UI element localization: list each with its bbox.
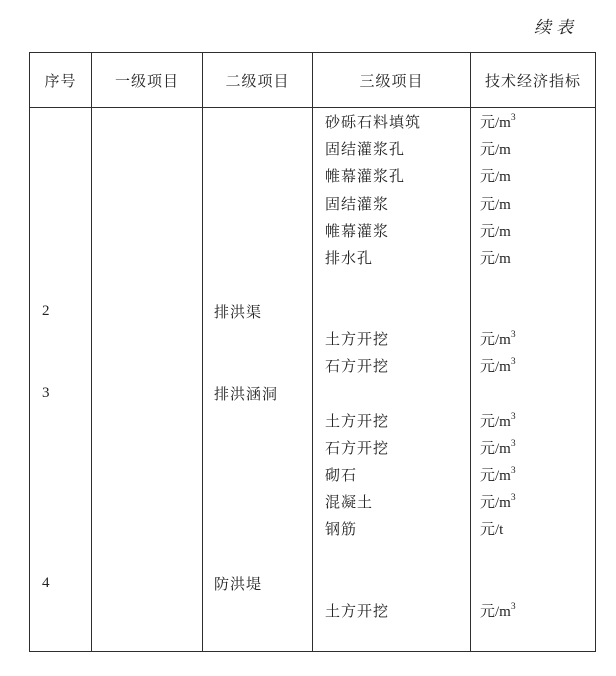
unit-base: 元/m: [480, 464, 511, 485]
level3-cell: 土方开挖: [313, 325, 471, 352]
level2-cell: [203, 434, 313, 461]
level3-cell: 帷幕灌浆孔: [313, 162, 471, 189]
level3-cell: [313, 380, 471, 407]
level2-cell: [203, 597, 313, 624]
level1-cell: [92, 488, 203, 515]
indicator-cell: 元/m: [471, 189, 595, 216]
indicator-cell: 元/m3: [471, 407, 595, 434]
table-row: 石方开挖元/m3: [30, 434, 595, 461]
seq-cell: [30, 597, 92, 624]
level3-cell: [313, 271, 471, 298]
table-row: 固结灌浆孔元/m: [30, 135, 595, 162]
unit-base: 元/m: [480, 247, 511, 268]
level1-cell: [92, 624, 203, 651]
level2-cell: [203, 189, 313, 216]
level1-cell: [92, 271, 203, 298]
level1-cell: [92, 543, 203, 570]
level1-cell: [92, 380, 203, 407]
header-indicator: 技术经济指标: [471, 53, 595, 107]
seq-cell: [30, 108, 92, 135]
seq-cell: [30, 434, 92, 461]
unit-base: 元/m: [480, 193, 511, 214]
level3-cell: [313, 298, 471, 325]
level1-cell: [92, 515, 203, 542]
level2-cell: [203, 325, 313, 352]
unit-base: 元/m: [480, 355, 511, 376]
level2-cell: [203, 461, 313, 488]
indicator-cell: 元/m3: [471, 434, 595, 461]
level3-cell: [313, 570, 471, 597]
indicator-cell: 元/m3: [471, 461, 595, 488]
indicator-cell: [471, 271, 595, 298]
table-row: 2排洪渠: [30, 298, 595, 325]
level2-cell: [203, 108, 313, 135]
indicator-cell: [471, 570, 595, 597]
table-row: 混凝土元/m3: [30, 488, 595, 515]
level1-cell: [92, 461, 203, 488]
seq-cell: [30, 217, 92, 244]
unit-base: 元/m: [480, 600, 511, 621]
level2-cell: [203, 407, 313, 434]
table-row: 砌石元/m3: [30, 461, 595, 488]
header-seq: 序号: [30, 53, 92, 107]
level2-cell: [203, 271, 313, 298]
level2-cell: [203, 624, 313, 651]
indicator-cell: 元/t: [471, 515, 595, 542]
seq-cell: [30, 162, 92, 189]
seq-cell: [30, 488, 92, 515]
seq-cell: [30, 407, 92, 434]
table-header-row: 序号 一级项目 二级项目 三级项目 技术经济指标: [30, 53, 595, 108]
indicator-cell: [471, 298, 595, 325]
indicator-cell: [471, 380, 595, 407]
level3-cell: [313, 624, 471, 651]
level1-cell: [92, 298, 203, 325]
level2-cell: [203, 352, 313, 379]
table-row: 土方开挖元/m3: [30, 597, 595, 624]
level1-cell: [92, 434, 203, 461]
seq-cell: [30, 624, 92, 651]
table-row: 帷幕灌浆孔元/m: [30, 162, 595, 189]
indicator-cell: 元/m: [471, 244, 595, 271]
level2-cell: [203, 488, 313, 515]
level1-cell: [92, 162, 203, 189]
level3-cell: 石方开挖: [313, 434, 471, 461]
table-row: 4防洪堤: [30, 570, 595, 597]
unit-base: 元/m: [480, 410, 511, 431]
level3-cell: 排水孔: [313, 244, 471, 271]
level1-cell: [92, 244, 203, 271]
indicator-cell: 元/m: [471, 162, 595, 189]
seq-cell: [30, 515, 92, 542]
table-row: 砂砾石料填筑元/m3: [30, 108, 595, 135]
level1-cell: [92, 108, 203, 135]
continued-table-label: 续表: [534, 13, 578, 38]
table-row: [30, 543, 595, 570]
seq-cell: [30, 244, 92, 271]
indicator-cell: 元/m3: [471, 108, 595, 135]
seq-cell: 2: [30, 298, 92, 325]
table-row: 固结灌浆元/m: [30, 189, 595, 216]
seq-cell: [30, 325, 92, 352]
unit-base: 元/m: [480, 437, 511, 458]
level1-cell: [92, 325, 203, 352]
table-row: 帷幕灌浆元/m: [30, 217, 595, 244]
level2-cell: 排洪涵洞: [203, 380, 313, 407]
table-row: 3排洪涵洞: [30, 380, 595, 407]
level3-cell: 固结灌浆孔: [313, 135, 471, 162]
level2-cell: 排洪渠: [203, 298, 313, 325]
seq-cell: 4: [30, 570, 92, 597]
level3-cell: 帷幕灌浆: [313, 217, 471, 244]
seq-cell: 3: [30, 380, 92, 407]
level3-cell: 混凝土: [313, 488, 471, 515]
level3-cell: [313, 543, 471, 570]
level1-cell: [92, 217, 203, 244]
level2-cell: [203, 244, 313, 271]
indicator-cell: 元/m3: [471, 352, 595, 379]
level3-cell: 砂砾石料填筑: [313, 108, 471, 135]
level1-cell: [92, 189, 203, 216]
table-row: 钢筋元/t: [30, 515, 595, 542]
table-row: 土方开挖元/m3: [30, 325, 595, 352]
indicator-cell: 元/m3: [471, 597, 595, 624]
header-level2: 二级项目: [203, 53, 313, 107]
level3-cell: 砌石: [313, 461, 471, 488]
level2-cell: [203, 543, 313, 570]
unit-base: 元/m: [480, 328, 511, 349]
level3-cell: 石方开挖: [313, 352, 471, 379]
level2-cell: [203, 135, 313, 162]
indicator-cell: 元/m: [471, 135, 595, 162]
level1-cell: [92, 407, 203, 434]
document-page: 续表 序号 一级项目 二级项目 三级项目 技术经济指标 砂砾石料填筑元/m3固结…: [0, 0, 616, 676]
header-level3: 三级项目: [313, 53, 471, 107]
table-row: 土方开挖元/m3: [30, 407, 595, 434]
level1-cell: [92, 597, 203, 624]
seq-cell: [30, 271, 92, 298]
level3-cell: 土方开挖: [313, 407, 471, 434]
unit-base: 元/m: [480, 165, 511, 186]
indicator-cell: 元/m3: [471, 488, 595, 515]
unit-base: 元/m: [480, 111, 511, 132]
level1-cell: [92, 135, 203, 162]
unit-base: 元/t: [480, 518, 503, 539]
indicator-cell: [471, 624, 595, 651]
table-body: 砂砾石料填筑元/m3固结灌浆孔元/m帷幕灌浆孔元/m固结灌浆元/m帷幕灌浆元/m…: [30, 108, 595, 651]
seq-cell: [30, 135, 92, 162]
table-row: [30, 271, 595, 298]
seq-cell: [30, 352, 92, 379]
level2-cell: [203, 162, 313, 189]
header-level1: 一级项目: [92, 53, 203, 107]
indicator-cell: 元/m3: [471, 325, 595, 352]
unit-base: 元/m: [480, 138, 511, 159]
indicator-cell: [471, 543, 595, 570]
level1-cell: [92, 352, 203, 379]
table-row: 排水孔元/m: [30, 244, 595, 271]
unit-base: 元/m: [480, 491, 511, 512]
unit-base: 元/m: [480, 220, 511, 241]
seq-cell: [30, 543, 92, 570]
level3-cell: 固结灌浆: [313, 189, 471, 216]
table-row: 石方开挖元/m3: [30, 352, 595, 379]
level3-cell: 土方开挖: [313, 597, 471, 624]
seq-cell: [30, 461, 92, 488]
level2-cell: [203, 217, 313, 244]
level2-cell: [203, 515, 313, 542]
indicator-cell: 元/m: [471, 217, 595, 244]
seq-cell: [30, 189, 92, 216]
level1-cell: [92, 570, 203, 597]
price-index-table: 序号 一级项目 二级项目 三级项目 技术经济指标 砂砾石料填筑元/m3固结灌浆孔…: [29, 52, 596, 652]
level2-cell: 防洪堤: [203, 570, 313, 597]
level3-cell: 钢筋: [313, 515, 471, 542]
table-row: [30, 624, 595, 651]
